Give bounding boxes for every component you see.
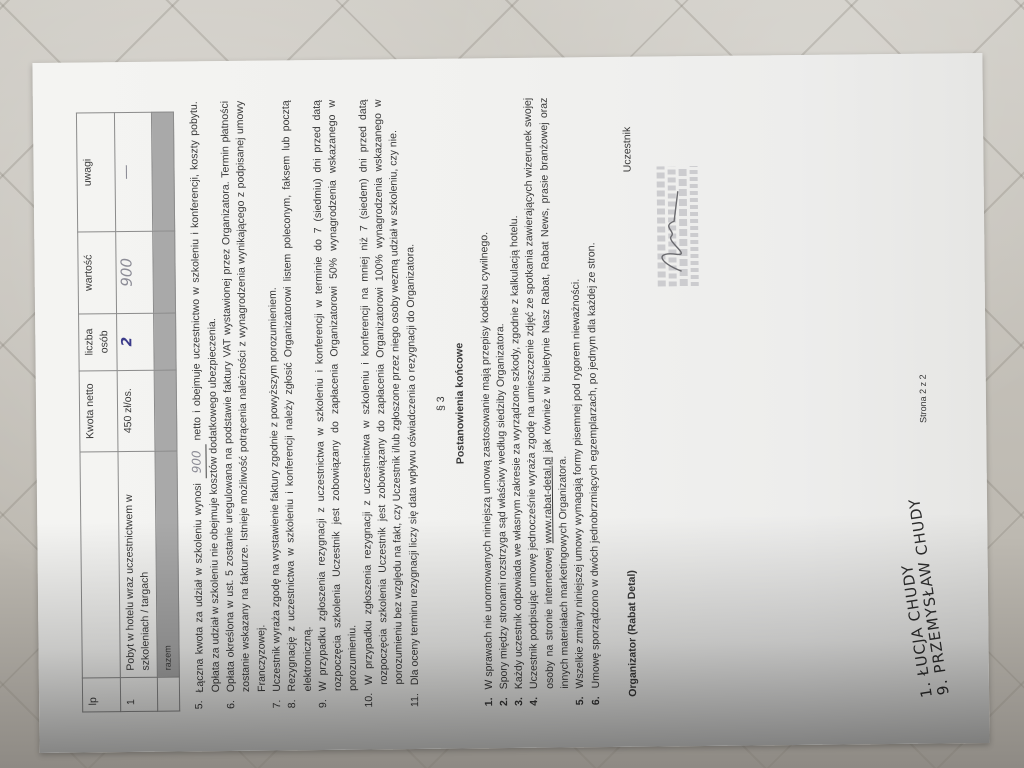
- term-number: 6.: [224, 700, 270, 709]
- handwritten-amount: 900: [190, 445, 207, 479]
- final-term-text: Uczestnik podpisując umowę jednocześnie …: [521, 97, 573, 689]
- organizer-signature-label: Organizator (Rabat Detal): [625, 570, 642, 697]
- final-term-number: 6.: [589, 696, 604, 705]
- cell-total-label: razem: [155, 451, 180, 677]
- final-term-text: Umowę sporządzono w dwóch jednobrzmiącyc…: [584, 242, 604, 688]
- term-number: 8.: [285, 699, 316, 708]
- final-terms-list: 1. W sprawach nie unormowanych niniejszą…: [475, 97, 604, 708]
- term-text: W przypadku zgłoszenia rezygnacji z ucze…: [310, 100, 362, 692]
- cell-total-empty: [153, 231, 176, 313]
- term-item: 9. W przypadku zgłoszenia rezygnacji z u…: [310, 100, 362, 708]
- cell-uwagi-handwritten: —: [114, 112, 153, 232]
- terms-list: 5. Łączna kwota za udział w szkoleniu wy…: [186, 99, 423, 711]
- final-term-number: 5.: [573, 696, 588, 705]
- final-term-item: 4. Uczestnik podpisując umowę jednocześn…: [521, 97, 573, 705]
- table-row: 1 Pobyt w hotelu wraz uczestnictwem w sz…: [114, 112, 158, 711]
- section-title: Postanowienia końcowe: [450, 98, 472, 708]
- header-description: [80, 451, 120, 677]
- table-header-row: lp Kwota netto liczba osób wartość uwagi: [76, 113, 120, 712]
- cell-total-empty: [152, 112, 176, 231]
- header-lp: lp: [82, 677, 120, 712]
- final-term-number: 4.: [528, 697, 574, 706]
- cell-lp: 1: [120, 677, 158, 712]
- website-link[interactable]: www.rabat-detal.pl: [541, 457, 554, 543]
- cell-total-lp: [158, 677, 181, 712]
- cell-wartosc-handwritten: 900: [115, 231, 153, 313]
- participant-signature-icon: [646, 186, 697, 277]
- document-page: lp Kwota netto liczba osób wartość uwagi…: [58, 73, 965, 732]
- term-text: W przypadku zgłoszenia rezygnacji z ucze…: [356, 99, 408, 685]
- term-number: 5.: [193, 700, 225, 709]
- term-number: 10.: [362, 692, 408, 707]
- cell-total-empty: [154, 313, 177, 370]
- cell-liczba-osob-handwritten: 2: [116, 313, 154, 371]
- participant-signature-label: Uczestnik: [620, 127, 636, 173]
- term-number: 7.: [270, 700, 285, 709]
- final-term-number: 2.: [497, 697, 512, 706]
- cell-kwota-netto: 450 zł/os.: [117, 370, 155, 451]
- header-uwagi: uwagi: [76, 113, 115, 233]
- term-item: 6. Opłata określona w ust. 5 zostanie ur…: [218, 101, 270, 709]
- term-number: 9.: [316, 699, 362, 708]
- cell-description: Pobyt w hotelu wraz uczestnictwem w szko…: [118, 451, 158, 677]
- term-number: 11.: [408, 693, 423, 707]
- final-term-number: 1.: [482, 697, 497, 706]
- signature-area: [635, 96, 751, 707]
- final-term-number: 3.: [512, 697, 527, 706]
- offer-table: lp Kwota netto liczba osób wartość uwagi…: [76, 112, 181, 713]
- term-text: Opłata określona w ust. 5 zostanie uregu…: [218, 101, 270, 693]
- term-text-before: Łączna kwota za udział w szkoleniu wynos…: [192, 479, 206, 693]
- paper-sheet: lp Kwota netto liczba osób wartość uwagi…: [32, 53, 989, 753]
- cell-total-empty: [154, 370, 177, 451]
- term-text: Dla oceny terminu rezygnacji liczy się d…: [403, 244, 423, 685]
- header-kwota-netto: Kwota netto: [79, 370, 117, 451]
- section-number: § 3: [431, 99, 453, 709]
- header-liczba-osob: liczba osób: [79, 313, 117, 371]
- term-item: 10. W przypadku zgłoszenia rezygnacji z …: [356, 99, 408, 707]
- header-wartosc: wartość: [78, 232, 116, 314]
